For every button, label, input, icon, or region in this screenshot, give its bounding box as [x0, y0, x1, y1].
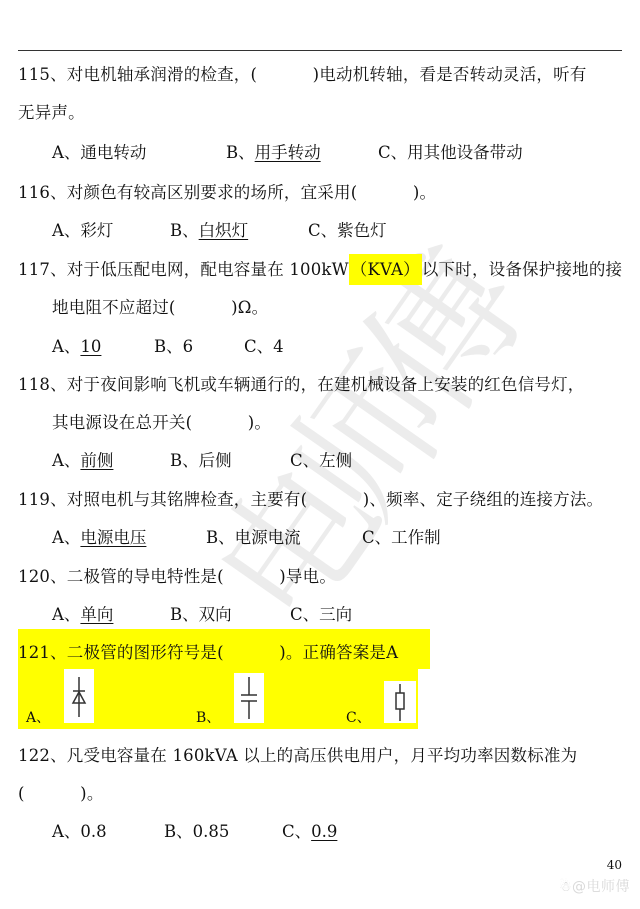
option-b: B、0.85 [164, 821, 229, 843]
option-a: A、前侧 [52, 450, 113, 472]
option-b: B、用手转动 [226, 142, 321, 164]
option-b: B、白炽灯 [170, 220, 248, 242]
option-b-label: B、 [196, 707, 220, 727]
option-c: C、工作制 [362, 527, 441, 549]
option-b: B、6 [154, 336, 193, 358]
option-b: B、后侧 [170, 450, 232, 472]
option-a: A、电源电压 [52, 527, 146, 549]
question-text: 无异声。 [18, 102, 85, 124]
capacitor-symbol-icon [234, 673, 264, 723]
correct-answer: 单向 [80, 605, 113, 624]
option-a: A、通电转动 [52, 142, 146, 164]
watermark-corner: ☃@电师傅 [559, 876, 630, 896]
correct-answer: 前侧 [80, 451, 113, 470]
question-text: 119、对照电机与其铭牌检查，主要有( )、频率、定子绕组的连接方法。 [18, 489, 603, 511]
option-c-label: C、 [346, 707, 371, 727]
question-text: 115、对电机轴承润滑的检查，( )电动机转轴，看是否转动灵活，听有 [18, 64, 587, 86]
option-b: B、双向 [170, 604, 232, 626]
correct-answer: 白炽灯 [199, 221, 249, 240]
option-a: A、彩灯 [52, 220, 113, 242]
option-c: C、三向 [290, 604, 352, 626]
header-rule [18, 50, 622, 51]
option-c: C、左侧 [290, 450, 352, 472]
option-a-label: A、 [26, 707, 50, 727]
option-a: A、0.8 [52, 821, 107, 843]
question-text: 117、对于低压配电网，配电容量在 100kW（KVA）以下时，设备保护接地的接 [18, 259, 622, 281]
correct-answer: 电源电压 [80, 528, 146, 547]
highlight-kva: （KVA） [349, 254, 422, 285]
question-text: 118、对于夜间影响飞机或车辆通行的，在建机械设备上安装的红色信号灯， [18, 374, 585, 396]
correct-answer: 0.9 [311, 822, 337, 841]
diode-symbol-icon [64, 669, 94, 723]
page-number: 40 [607, 858, 622, 872]
correct-answer: 用手转动 [255, 143, 321, 162]
correct-answer: 10 [80, 337, 101, 356]
option-a: A、单向 [52, 604, 113, 626]
question-text: 其电源设在总开关( )。 [52, 412, 271, 434]
question-text: ( )。 [18, 783, 104, 805]
resistor-symbol-icon [384, 681, 416, 723]
question-text: 122、凡受电容量在 160kVA 以上的高压供电用户，月平均功率因数标准为 [18, 745, 577, 767]
option-b: B、电源电流 [206, 527, 301, 549]
question-text: 116、对颜色有较高区别要求的场所，宜采用( )。 [18, 182, 436, 204]
question-text: 120、二极管的导电特性是( )导电。 [18, 566, 336, 588]
question-text: 121、二极管的图形符号是( )。正确答案是A [18, 642, 398, 664]
option-c: C、4 [244, 336, 284, 358]
option-c: C、紫色灯 [308, 220, 387, 242]
option-c: C、用其他设备带动 [378, 142, 523, 164]
option-c: C、0.9 [282, 821, 337, 843]
option-a: A、10 [52, 336, 101, 358]
question-text: 地电阻不应超过( )Ω。 [52, 297, 268, 319]
